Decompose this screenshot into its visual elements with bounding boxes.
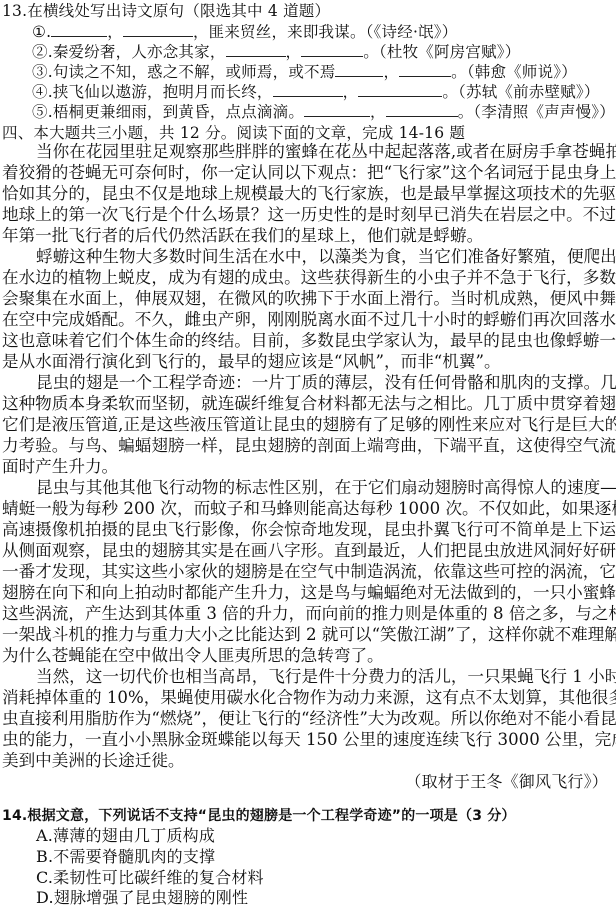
section-heading: 四、本大题共三小题，共 12 分。阅读下面的文章，完成 14-16 题 [2, 123, 465, 143]
item-number: ④. [32, 83, 53, 101]
q13-item-2: ②.秦爱纷奢，人亦念其家，，。（杜牧《阿房宫赋》） [2, 42, 520, 62]
item-text: 秦爱纷奢，人亦念其家， [53, 43, 226, 61]
article-line: 是从水面滑行演化到飞行的，最早的翅应该是“风帆”，而非“机翼”。 [2, 352, 614, 372]
answer-blank[interactable] [273, 82, 343, 97]
article-line: 一架战斗机的推力与重力大小之比能达到 2 就可以“笑傲江湖”了，这样你就不难理解… [2, 625, 614, 645]
article-line: 它们是液压管道,正是这些液压管道让昆虫的翅膀有了足够的刚性来应对飞行是巨大的应 [2, 415, 614, 435]
item-number: ⑤. [32, 103, 53, 121]
item-text: 。（李清照《声声慢》） [458, 103, 615, 121]
article-line: 虫直接利用脂肪作为“燃烧”，便让飞行的“经济性”大为改观。所以你绝对不能小看昆 [2, 709, 614, 729]
q14-option-a[interactable]: A.薄薄的翅由几丁质构成 [2, 826, 215, 846]
item-text: 。（韩愈《师说》） [451, 63, 577, 81]
item-text: 挟飞仙以遨游，抱明月而长终， [53, 83, 273, 101]
article-line: 这些涡流，产生达到其体重 3 倍的升力，而向前的推力则是体重的 8 倍之多，与之… [2, 604, 614, 624]
item-text: 梧桐更兼细雨，到黄昏，点点滴滴。 [53, 103, 304, 121]
item-text: 。（苏轼《前赤壁赋》） [442, 83, 599, 101]
article-line: 为什么苍蝇能在空中做出令人匪夷所思的急转弯了。 [2, 646, 614, 666]
item-text: 句读之不知，惑之不解，或师焉，或不焉 [53, 63, 336, 81]
article-line: 从侧面观察，昆虫的翅膀其实是在画八字形。直到最近，人们把昆虫放进风洞好好研究了 [2, 541, 614, 561]
comma: ， [286, 43, 302, 61]
answer-blank[interactable] [358, 82, 442, 97]
comma: ， [343, 83, 359, 101]
article-line: 这也意味着它们个体生命的终结。目前，多数昆虫学家认为，最早的昆虫也像蜉蝣一样， [2, 331, 614, 351]
q13-item-5: ⑤.梧桐更兼细雨，到黄昏，点点滴滴。，。（李清照《声声慢》） [2, 102, 615, 122]
article-line: 会聚集在水面上，伸展双翅，在微风的吹拂下于水面上滑行。当时机成熟，便风中舞动， [2, 289, 614, 309]
item-number: ③. [32, 63, 53, 81]
q13-item-4: ④.挟飞仙以遨游，抱明月而长终，，。（苏轼《前赤壁赋》） [2, 82, 600, 102]
answer-blank[interactable] [399, 62, 451, 77]
article-line: 虫的能力，一直小小黑脉金斑蝶能以每天 150 公里的速度连续飞行 3000 公里… [2, 730, 614, 750]
article-line: 在空中完成婚配。不久，雌虫产卵，刚刚脱离水面不过几十小时的蜉蝣们再次回落水中， [2, 310, 614, 330]
article-line: 这种物质本身柔软而坚韧，就连碳纤维复合材料都无法与之相比。几丁质中贯穿着翅脉， [2, 394, 614, 414]
comma: ， [383, 63, 399, 81]
answer-blank[interactable] [226, 42, 286, 57]
article-line: 恰如其分的，昆虫不仅是地球上规模最大的飞行家族，也是最早掌握这项技术的先驱者。 [2, 184, 614, 204]
article-line: 蜉蝣这种生物大多数时间生活在水中，以藻类为食，当它们准备好繁殖，便爬出水面， [2, 247, 614, 267]
q13-item-1: ①.，，匪来贸丝，来即我谋。（《诗经·氓》） [2, 22, 457, 42]
q13-item-3: ③.句读之不知，惑之不解，或师焉，或不焉，。（韩愈《师说》） [2, 62, 577, 82]
article-line: 当然，这一切代价也相当高昂，飞行是件十分费力的活儿，一只果蝇飞行 1 小时就要 [2, 667, 614, 687]
article-line: 翅膀在向下和向上拍动时都能产生升力，这是鸟与蝙蝠绝对无法做到的，一只小蜜蜂借助 [2, 583, 614, 603]
q14-option-d[interactable]: D.翅脉增强了昆虫翅膀的刚性 [2, 888, 248, 908]
article-line: 高速摄像机拍摄的昆虫飞行影像，你会惊奇地发现，昆虫扑翼飞行可不简单是上下运动， [2, 520, 614, 540]
answer-blank[interactable] [51, 22, 107, 37]
answer-blank[interactable] [304, 102, 370, 117]
article-line: 消耗掉体重的 10%，果蝇使用碳水化合物作为动力来源，这有点不太划算，其他很多昆 [2, 688, 614, 708]
article-line: 蜻蜓一般为每秒 200 次，而蚊子和马蜂则能高达每秒 1000 次。不仅如此，如… [2, 499, 614, 519]
answer-blank[interactable] [335, 62, 383, 77]
article-line: 力考验。与鸟、蝙蝠翅膀一样，昆虫翅膀的剖面上端弯曲，下端平直，这使得空气流过翼 [2, 436, 614, 456]
article-line: 当你在花园里驻足观察那些胖胖的蜜蜂在花丛中起起落落,或者在厨房手拿苍蝇拍对 [2, 142, 614, 162]
article-line: 一番才发现，其实这些小家伙的翅膀是在空气中制造涡流，依靠这些可控的涡流，它们的 [2, 562, 614, 582]
q14-question: 14.根据文意，下列说话不支持“昆虫的翅膀是一个工程学奇迹”的一项是（3 分） [2, 806, 516, 826]
q13-heading: 13.在横线处写出诗文原句（限选其中 4 道题） [2, 1, 330, 21]
answer-blank[interactable] [123, 22, 193, 37]
item-number: ①. [32, 23, 51, 41]
item-text: ，匪来贸丝，来即我谋。（《诗经·氓》） [193, 23, 457, 41]
item-text: 。（杜牧《阿房宫赋》） [363, 43, 520, 61]
comma: ， [107, 23, 123, 41]
article-line: 昆虫的翅是一个工程学奇迹：一片丁质的薄层，没有任何骨骼和肌肉的支撑。几丁质 [2, 373, 614, 393]
q14-option-c[interactable]: C.柔韧性可比碳纤维的复合材料 [2, 868, 264, 888]
article-line: 面时产生升力。 [2, 457, 614, 477]
answer-blank[interactable] [386, 102, 458, 117]
answer-blank[interactable] [301, 42, 363, 57]
article-line: 美到中美洲的长途迁徙。 [2, 751, 614, 771]
article-line: 在水边的植物上蜕皮，成为有翅的成虫。这些获得新生的小虫子并不急于飞行，多数时候 [2, 268, 614, 288]
q14-option-b[interactable]: B.不需要脊髓肌肉的支撑 [2, 847, 215, 867]
article-line: 昆虫与其他其他飞行动物的标志性区别，在于它们扇动翅膀时高得惊人的速度—— [2, 478, 614, 498]
article-source: （取材于王冬《御风飞行》） [405, 772, 608, 792]
comma: ， [370, 103, 386, 121]
article-line: 着狡猾的苍蝇无可奈何时，你一定认同以下观点：把“飞行家”这个名词冠于昆虫身上是 [2, 163, 614, 183]
article-line: 年第一批飞行者的后代仍然活跃在我们的星球上，他们就是蜉蝣。 [2, 226, 614, 246]
article-line: 地球上的第一次飞行是个什么场景？这一历史性的是时刻早已消失在岩层之中。不过，当 [2, 205, 614, 225]
item-number: ②. [32, 43, 53, 61]
